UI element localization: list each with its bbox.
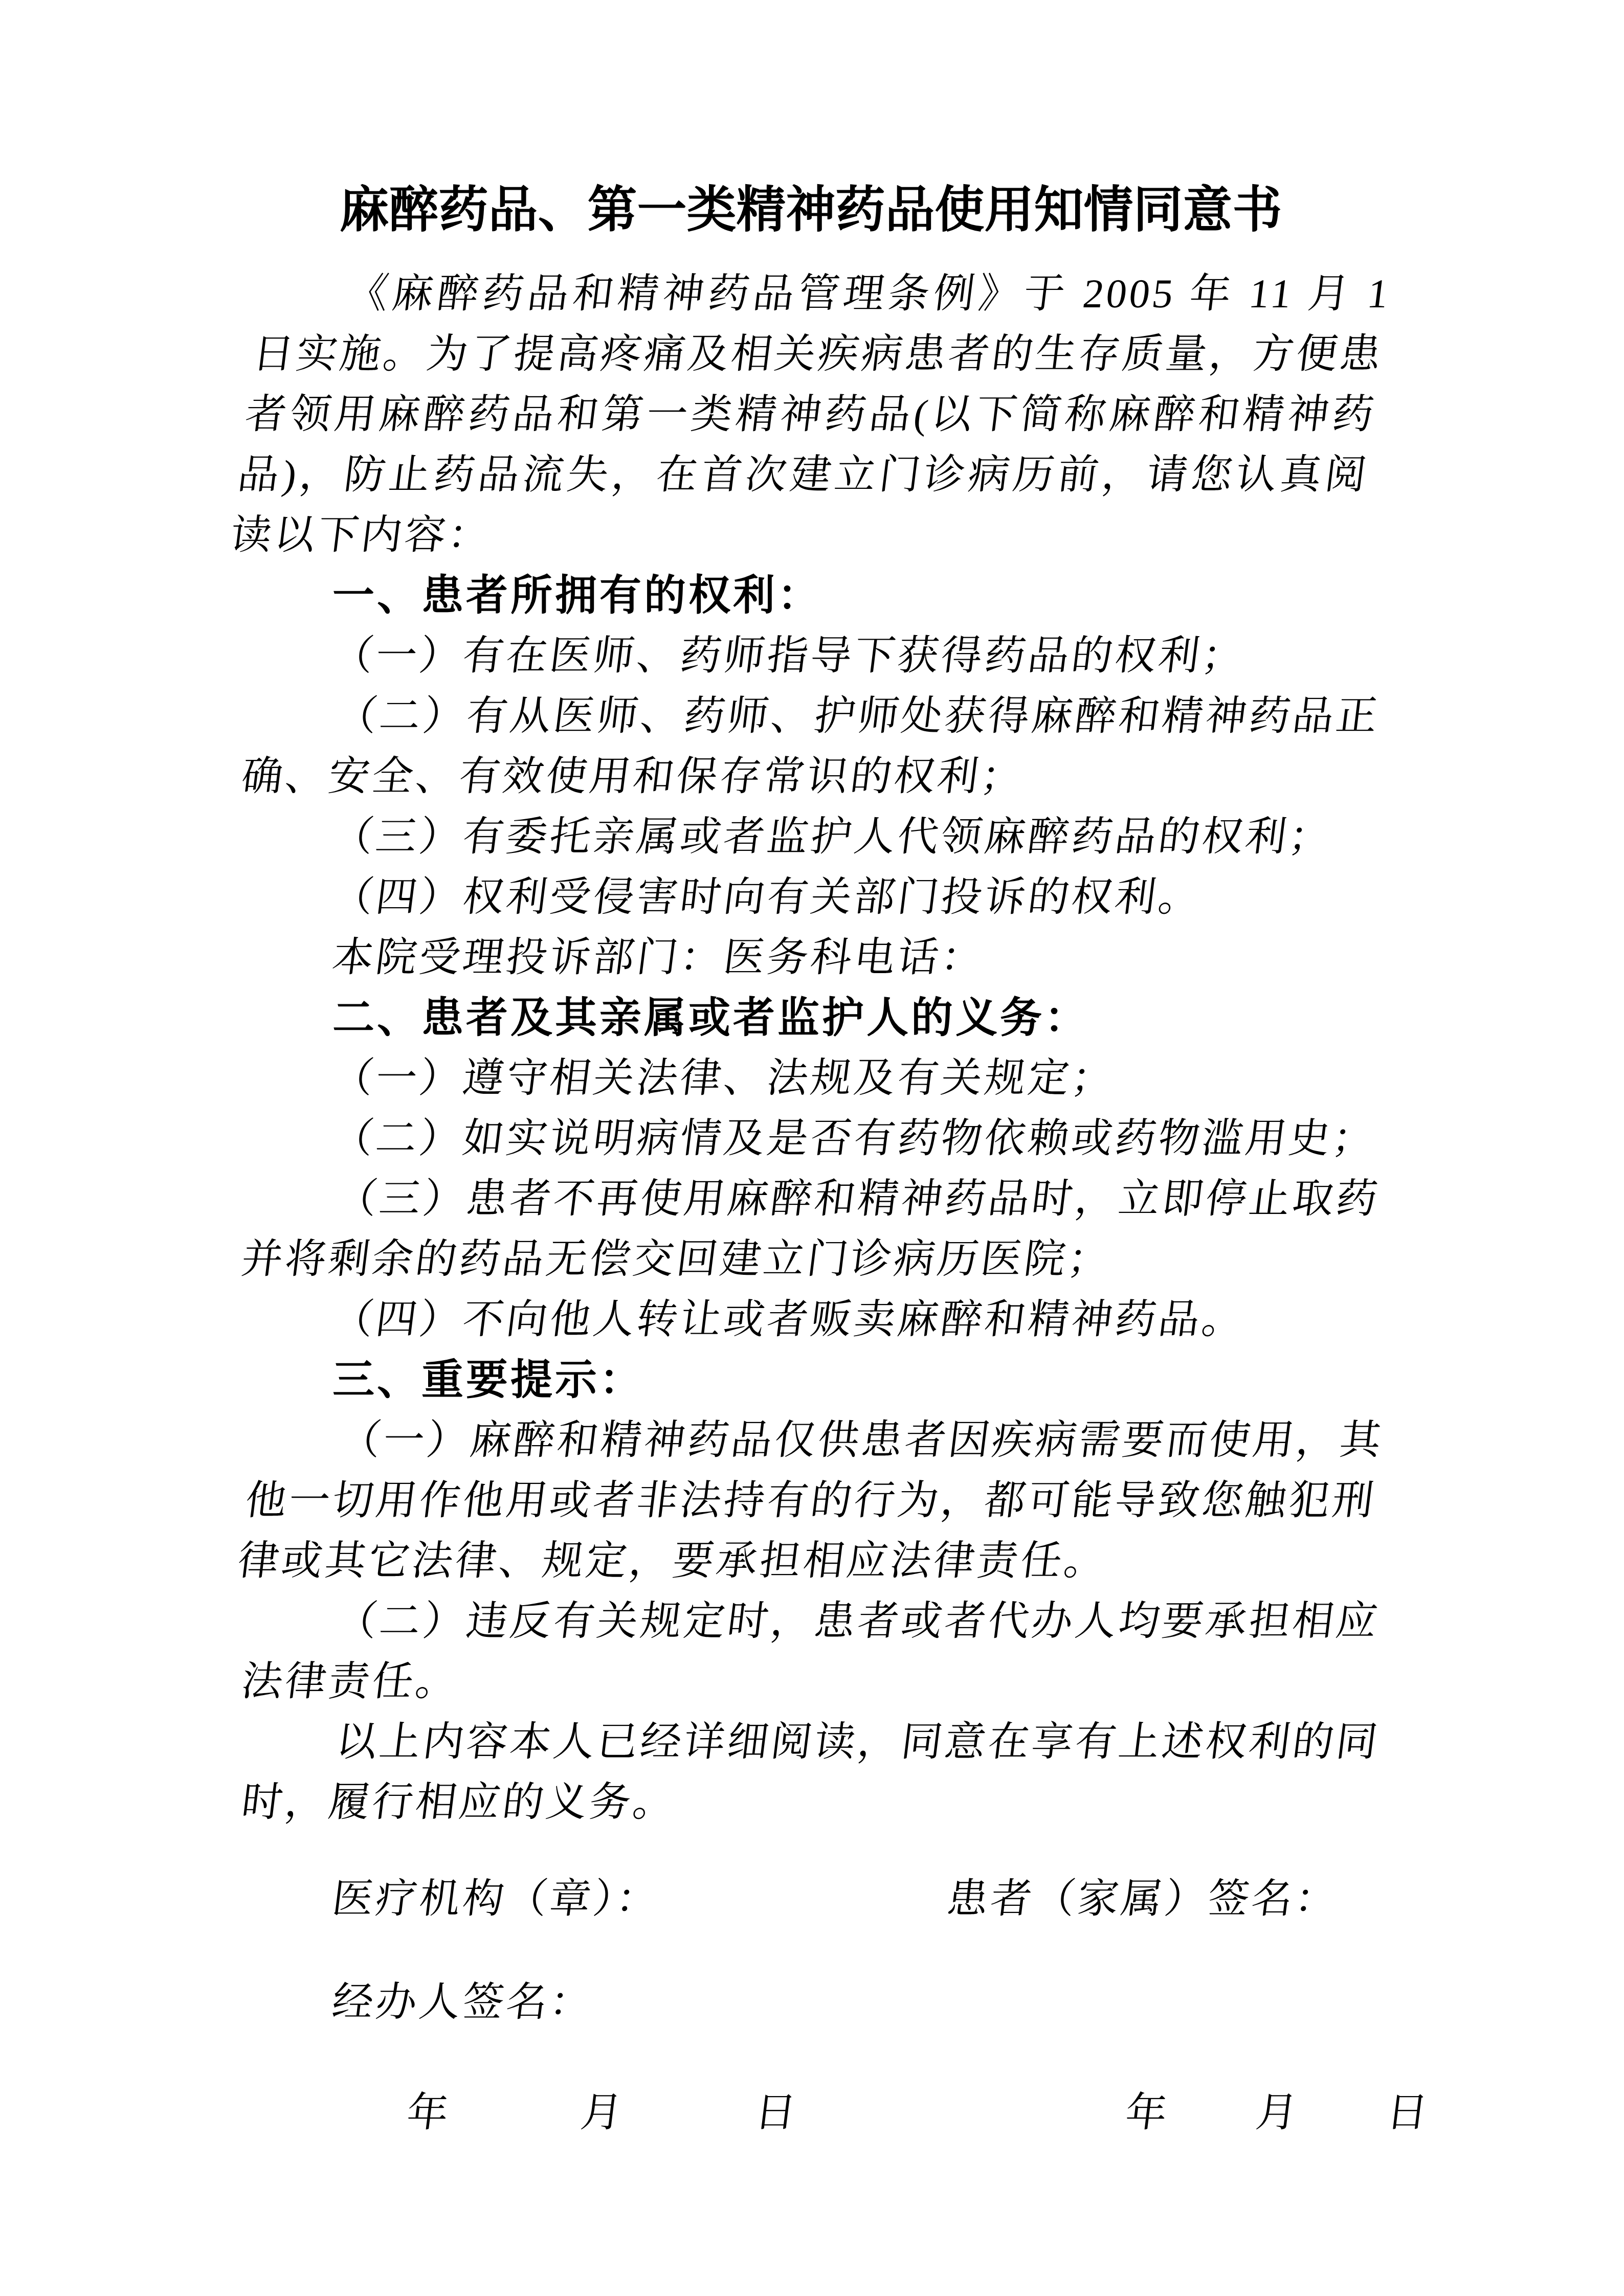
section-2-item-2: （二）如实说明病情及是否有药物依赖或药物滥用史；	[242, 1109, 1380, 1169]
section-1-item-4: （四）权利受侵害时向有关部门投诉的权利。	[242, 867, 1380, 928]
document-page: 麻醉药品、第一类精神药品使用知情同意书 《麻醉药品和精神药品管理条例》于 200…	[0, 0, 1624, 2296]
section-1-item-1: （一）有在医师、药师指导下获得药品的权利；	[242, 626, 1380, 686]
intro-paragraph: 《麻醉药品和精神药品管理条例》于 2005 年 11 月 1 日实施。为了提高疼…	[227, 264, 1394, 566]
closing-paragraph: 以上内容本人已经详细阅读，同意在享有上述权利的同时，履行相应的义务。	[238, 1712, 1384, 1833]
signature-block: 医疗机构（章）： 患者（家属）签名： 经办人签名： 年 月 日 年 月 日	[246, 1869, 1376, 2144]
section-3-item-1: （一）麻醉和精神药品仅供患者因疾病需要而使用，其他一切用作他用或者非法持有的行为…	[234, 1410, 1387, 1591]
section-1-item-2: （二）有从医师、药师、护师处获得麻醉和精神药品正确、安全、有效使用和保存常识的权…	[238, 686, 1384, 807]
signature-row-labels: 医疗机构（章）： 患者（家属）签名：	[246, 1869, 1376, 1930]
signature-row-agent: 经办人签名：	[246, 1972, 1376, 2033]
document-title: 麻醉药品、第一类精神药品使用知情同意书	[246, 174, 1376, 245]
patient-family-signature-label: 患者（家属）签名：	[944, 1869, 1343, 1930]
date-line-right: 年 月 日	[1122, 2082, 1434, 2144]
date-line-left: 年 月 日	[404, 2082, 803, 2144]
section-2-item-3: （三）患者不再使用麻醉和精神药品时，立即停止取药并将剩余的药品无偿交回建立门诊病…	[238, 1169, 1384, 1290]
section-1-item-3: （三）有委托亲属或者监护人代领麻醉药品的权利；	[242, 807, 1380, 867]
section-2-item-4: （四）不向他人转让或者贩卖麻醉和精神药品。	[242, 1290, 1380, 1350]
medical-institution-seal-label: 医疗机构（章）：	[329, 1869, 664, 1930]
section-1-heading: 一、患者所拥有的权利：	[246, 566, 1376, 626]
complaint-department-line: 本院受理投诉部门：医务科电话：	[242, 928, 1380, 988]
section-3-heading: 三、重要提示：	[246, 1350, 1376, 1410]
section-2-item-1: （一）遵守相关法律、法规及有关规定；	[242, 1048, 1380, 1109]
section-2-heading: 二、患者及其亲属或者监护人的义务：	[246, 988, 1376, 1048]
section-3-item-2: （二）违反有关规定时，患者或者代办人均要承担相应法律责任。	[238, 1591, 1384, 1712]
agent-signature-label: 经办人签名：	[329, 1972, 597, 2033]
signature-row-dates: 年 月 日 年 月 日	[246, 2082, 1376, 2144]
